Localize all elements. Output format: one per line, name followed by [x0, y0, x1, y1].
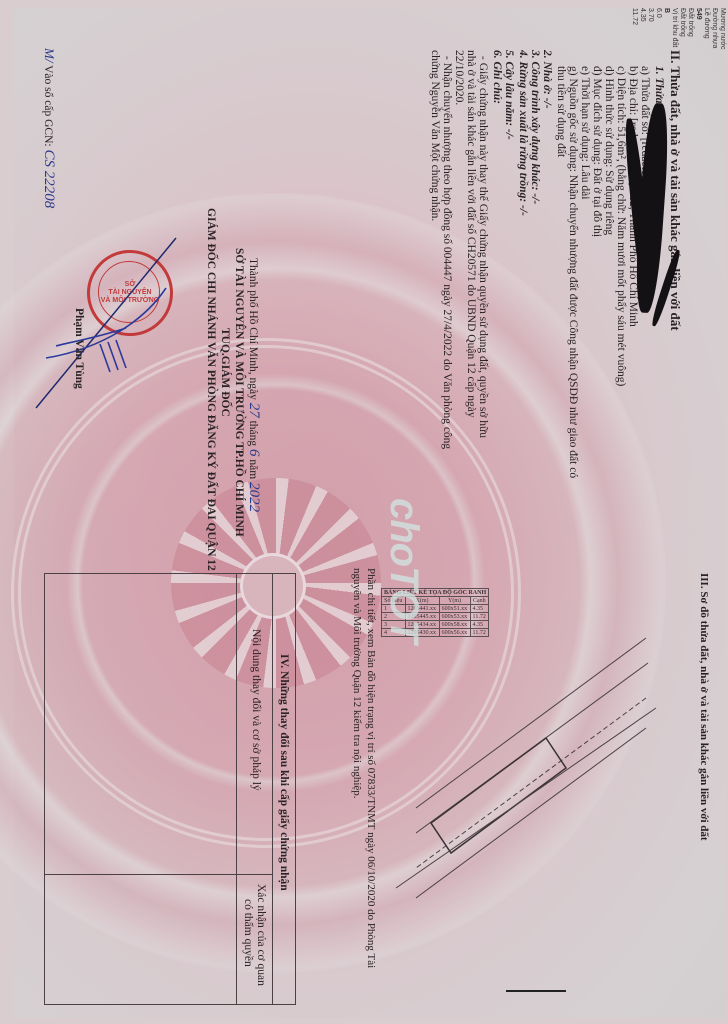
coord-header-y: Y(m) — [439, 597, 470, 605]
note-line-5: chứng Nguyễn Văn Một chứng nhận. — [428, 50, 442, 221]
cell: 600x56.xx — [439, 629, 470, 637]
section-ii-title: II. Thửa đất, nhà ở và tài sản khác gắn … — [668, 50, 682, 331]
chotot-watermark: choTOT — [381, 498, 426, 642]
note-line-4: - Nhận chuyển nhượng theo hợp đồng số 00… — [440, 56, 454, 449]
label-asphalt-road: Đường nhựa — [710, 8, 718, 1018]
signing-role-1: TUQ.GIÁM ĐỐC — [218, 328, 232, 417]
land-item-e: e) Thời hạn sử dụng: Lâu dài — [578, 66, 592, 199]
cell: 4.35 — [470, 621, 489, 629]
forest-line: 4. Rừng sản xuất là rừng trồng: -/- — [516, 50, 530, 216]
date-year: 2022 — [246, 482, 262, 512]
house-line: 2. Nhà ở: -/- — [540, 50, 554, 109]
note-line-2: nhà ở và tài sản khác gắn liền với đất s… — [464, 50, 478, 418]
date-month-label: tháng — [247, 421, 259, 447]
cell: 600x58.xx — [439, 621, 470, 629]
changes-col-confirm-2: có thẩm quyền — [241, 899, 255, 967]
signer-name: Phạm Văn Tùng — [72, 308, 86, 389]
signature-strokes — [6, 228, 186, 428]
notes-heading: 6. Ghi chú: — [490, 50, 504, 104]
note-line-3: 22/10/2020. — [452, 50, 466, 105]
land-item-d: d) Hình thức sử dụng: Sử dụng riêng — [602, 66, 616, 235]
register-initials: M/ — [42, 48, 57, 62]
certificate-paper: II. Thửa đất, nhà ở và tài sản khác gắn … — [14, 8, 726, 1018]
label-canal: Mương nước — [718, 8, 726, 1018]
date-month: 6 — [246, 449, 262, 457]
land-certificate-page: II. Thửa đất, nhà ở và tài sản khác gắn … — [0, 0, 728, 1024]
north-arrow-icon — [506, 990, 566, 992]
register-number: CS 22208 — [41, 149, 57, 208]
cell: 11.72 — [470, 629, 489, 637]
changes-table-col-divider — [45, 874, 273, 875]
label-parcel-type: Đất trống — [686, 8, 694, 1018]
section-iii-title: III. Sơ đồ thửa đất, nhà ở và tài sản kh… — [697, 573, 711, 841]
label-parcel-number: 549 — [694, 8, 702, 1018]
section-iv-title: IV. Những thay đổi sau khi cấp giấy chứn… — [277, 654, 291, 891]
photo-frame: II. Thửa đất, nhà ở và tài sản khác gắn … — [0, 0, 728, 1024]
coord-header-edge: Cạnh — [470, 597, 489, 605]
date-day: 27 — [246, 403, 262, 418]
signing-role-2: GIÁM ĐỐC CHI NHÁNH VĂN PHÒNG ĐĂNG KÝ ĐẤT… — [204, 208, 218, 571]
note-line-1: - Giấy chứng nhận này thay thế Giấy chứn… — [476, 56, 490, 438]
changes-table: IV. Những thay đổi sau khi cấp giấy chứn… — [44, 573, 296, 1005]
register-label: Vào sổ cấp GCN: — [42, 65, 54, 146]
land-item-g: g) Nguồn gốc sử dụng: Nhận chuyển nhượng… — [566, 66, 580, 478]
label-roadside: Lề đường — [702, 8, 710, 1018]
land-item-g-cont: thu tiền sử dụng đất — [554, 66, 568, 157]
other-construction-line: 3. Công trình xây dựng khác: -/- — [528, 50, 542, 204]
changes-col-content: Nội dung thay đổi và cơ sở pháp lý — [249, 629, 263, 791]
plan-footnote-1: Phần chi tiết, xem Bản đồ hiện trạng vị … — [364, 568, 378, 968]
land-item-dd: đ) Mục đích sử dụng: Đất ở tại đô thị — [590, 66, 604, 237]
date-year-label: năm — [247, 459, 259, 479]
site-plan-diagram — [366, 608, 666, 968]
cell: 11.72 — [470, 613, 489, 621]
land-item-c: c) Diện tích: 51,6m², (bằng chữ: Năm mươ… — [614, 66, 628, 386]
cell: 4.35 — [470, 605, 489, 613]
date-line: Thành phố Hồ Chí Minh, ngày 27 tháng 6 n… — [246, 258, 261, 512]
register-line: M/ Vào sổ cấp GCN: CS 22208 — [41, 48, 56, 208]
cell: 600x53.xx — [439, 613, 470, 621]
date-prefix: Thành phố Hồ Chí Minh, ngày — [247, 258, 259, 400]
plan-footnote-2: nguyên và Môi trường Quận 12 kiểm tra nộ… — [350, 568, 364, 799]
changes-col-confirm-1: Xác nhận của cơ quan — [254, 884, 268, 986]
cell: 600x51.xx — [439, 605, 470, 613]
signing-org: SỞ TÀI NGUYÊN VÀ MÔI TRƯỜNG TP.HỒ CHÍ MI… — [232, 248, 246, 537]
perennial-line: 5. Cây lâu năm: -/- — [502, 50, 516, 140]
